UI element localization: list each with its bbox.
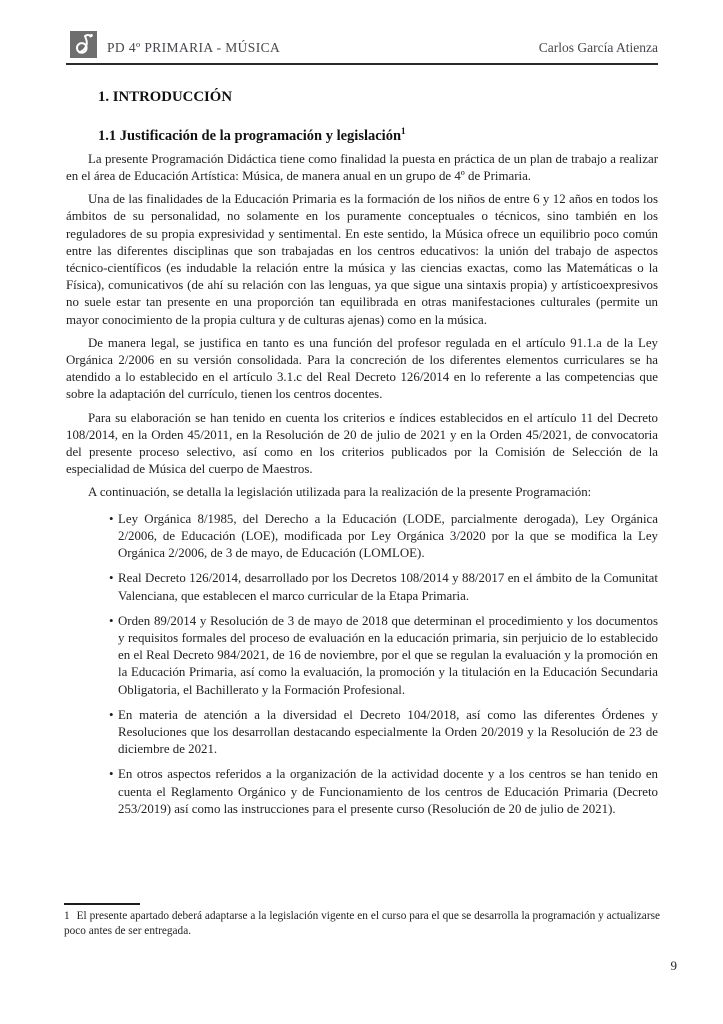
footnote-rule — [64, 903, 140, 905]
paragraph: De manera legal, se justifica en tanto e… — [66, 335, 658, 404]
page-number: 9 — [671, 958, 678, 974]
footnote-reference: 1 — [401, 126, 406, 136]
document-page: PD 4º PRIMARIA - MÚSICA Carlos García At… — [0, 0, 723, 1024]
subsection-title: 1.1 Justificación de la programación y l… — [98, 126, 658, 145]
list-item: En otros aspectos referidos a la organiz… — [118, 766, 658, 818]
footnote-marker: 1 — [64, 910, 70, 922]
list-item: En materia de atención a la diversidad e… — [118, 707, 658, 759]
paragraph: Para su elaboración se han tenido en cue… — [66, 410, 658, 479]
header-rule — [66, 63, 658, 65]
page-header: PD 4º PRIMARIA - MÚSICA Carlos García At… — [66, 30, 658, 58]
footnote: 1El presente apartado deberá adaptarse a… — [64, 903, 660, 939]
paragraph: A continuación, se detalla la legislació… — [66, 484, 658, 501]
legislation-list: Ley Orgánica 8/1985, del Derecho a la Ed… — [66, 511, 658, 818]
list-item: Ley Orgánica 8/1985, del Derecho a la Ed… — [118, 511, 658, 563]
footnote-text: 1El presente apartado deberá adaptarse a… — [64, 909, 660, 939]
subsection-title-text: 1.1 Justificación de la programación y l… — [98, 128, 401, 144]
page-content: PD 4º PRIMARIA - MÚSICA Carlos García At… — [66, 30, 658, 826]
paragraph: La presente Programación Didáctica tiene… — [66, 151, 658, 185]
list-item: Real Decreto 126/2014, desarrollado por … — [118, 570, 658, 604]
paragraph: Una de las finalidades de la Educación P… — [66, 191, 658, 329]
treble-clef-icon — [70, 31, 97, 58]
list-item: Orden 89/2014 y Resolución de 3 de mayo … — [118, 613, 658, 699]
header-left: PD 4º PRIMARIA - MÚSICA — [66, 31, 280, 58]
section-title: 1. INTRODUCCIÓN — [98, 89, 658, 106]
header-author: Carlos García Atienza — [539, 40, 658, 58]
footnote-body: El presente apartado deberá adaptarse a … — [64, 910, 660, 937]
header-title: PD 4º PRIMARIA - MÚSICA — [107, 40, 280, 58]
